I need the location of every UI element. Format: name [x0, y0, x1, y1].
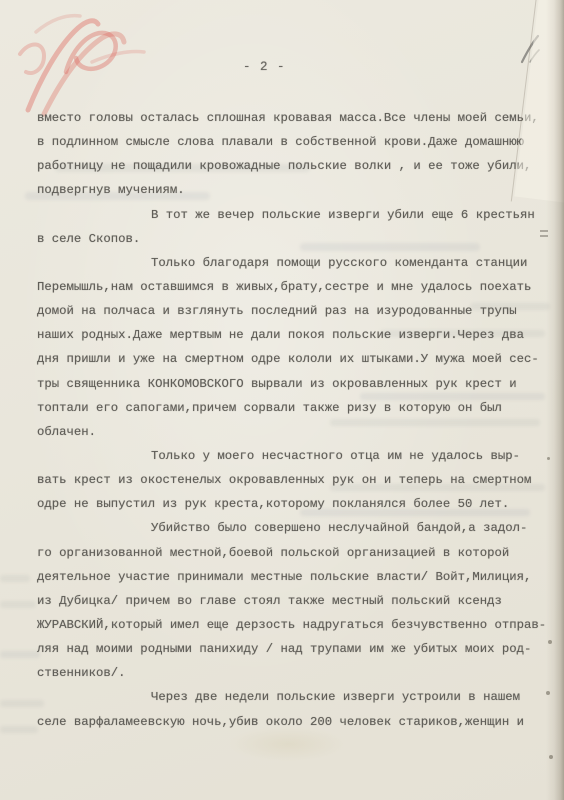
document-page: - 2 - вместо головы осталась сплошная кр… [0, 0, 564, 800]
text-line: тры священника КОНКОМОВСКОГО вырвали из … [37, 372, 551, 396]
text-line: работницу не пощадили кровожадные польск… [37, 154, 551, 178]
text-line: Убийство было совершено неслучайной банд… [37, 516, 551, 540]
text-line: ляя над моими родными панихиду / над тру… [37, 637, 551, 661]
edge-mark [546, 691, 550, 695]
text-line: Только благодаря помощи русского коменда… [37, 251, 551, 275]
text-line: Только у моего несчастного отца им не уд… [37, 444, 551, 468]
page-edge [546, 0, 564, 800]
text-line: в селе Скопов. [37, 227, 551, 251]
edge-mark [549, 755, 553, 759]
text-line: ЖУРАВСКИЙ,который имел еще дерзость надр… [37, 613, 551, 637]
text-line: В тот же вечер польские изверги убили ещ… [37, 203, 551, 227]
text-line: наших родных.Даже мертвым не дали покоя … [37, 323, 551, 347]
text-line: в подлинном смысле слова плавали в собст… [37, 130, 551, 154]
text-line: ственников/. [37, 661, 551, 685]
text-line: вать крест из окостенелых окровавленных … [37, 468, 551, 492]
text-line: облачен. [37, 420, 551, 444]
text-line: деятельное участие принимали местные пол… [37, 565, 551, 589]
document-body: вместо головы осталась сплошная кровавая… [37, 106, 551, 734]
text-line: топтали его сапогами,причем сорвали такж… [37, 396, 551, 420]
page-number: - 2 - [243, 60, 286, 74]
text-line: подвергнув мучениям. [37, 178, 551, 202]
text-line: го организованной местной,боевой польско… [37, 541, 551, 565]
text-line: домой на полчаса и взглянуть последний р… [37, 299, 551, 323]
text-line: селе варфаламеевскую ночь,убив около 200… [37, 710, 551, 734]
text-line: дня пришли и уже на смертном одре кололи… [37, 347, 551, 371]
text-line: из Дубицка/ причем во главе стоял также … [37, 589, 551, 613]
edge-mark [548, 640, 552, 644]
edge-mark [547, 457, 550, 460]
edge-mark [540, 230, 548, 232]
text-line: одре не выпустил из рук креста,которому … [37, 492, 551, 516]
text-line: Перемышль,нам оставшимся в живых,брату,с… [37, 275, 551, 299]
text-line: вместо головы осталась сплошная кровавая… [37, 106, 551, 130]
edge-mark [540, 235, 548, 237]
text-line: Через две недели польские изверги устрои… [37, 685, 551, 709]
